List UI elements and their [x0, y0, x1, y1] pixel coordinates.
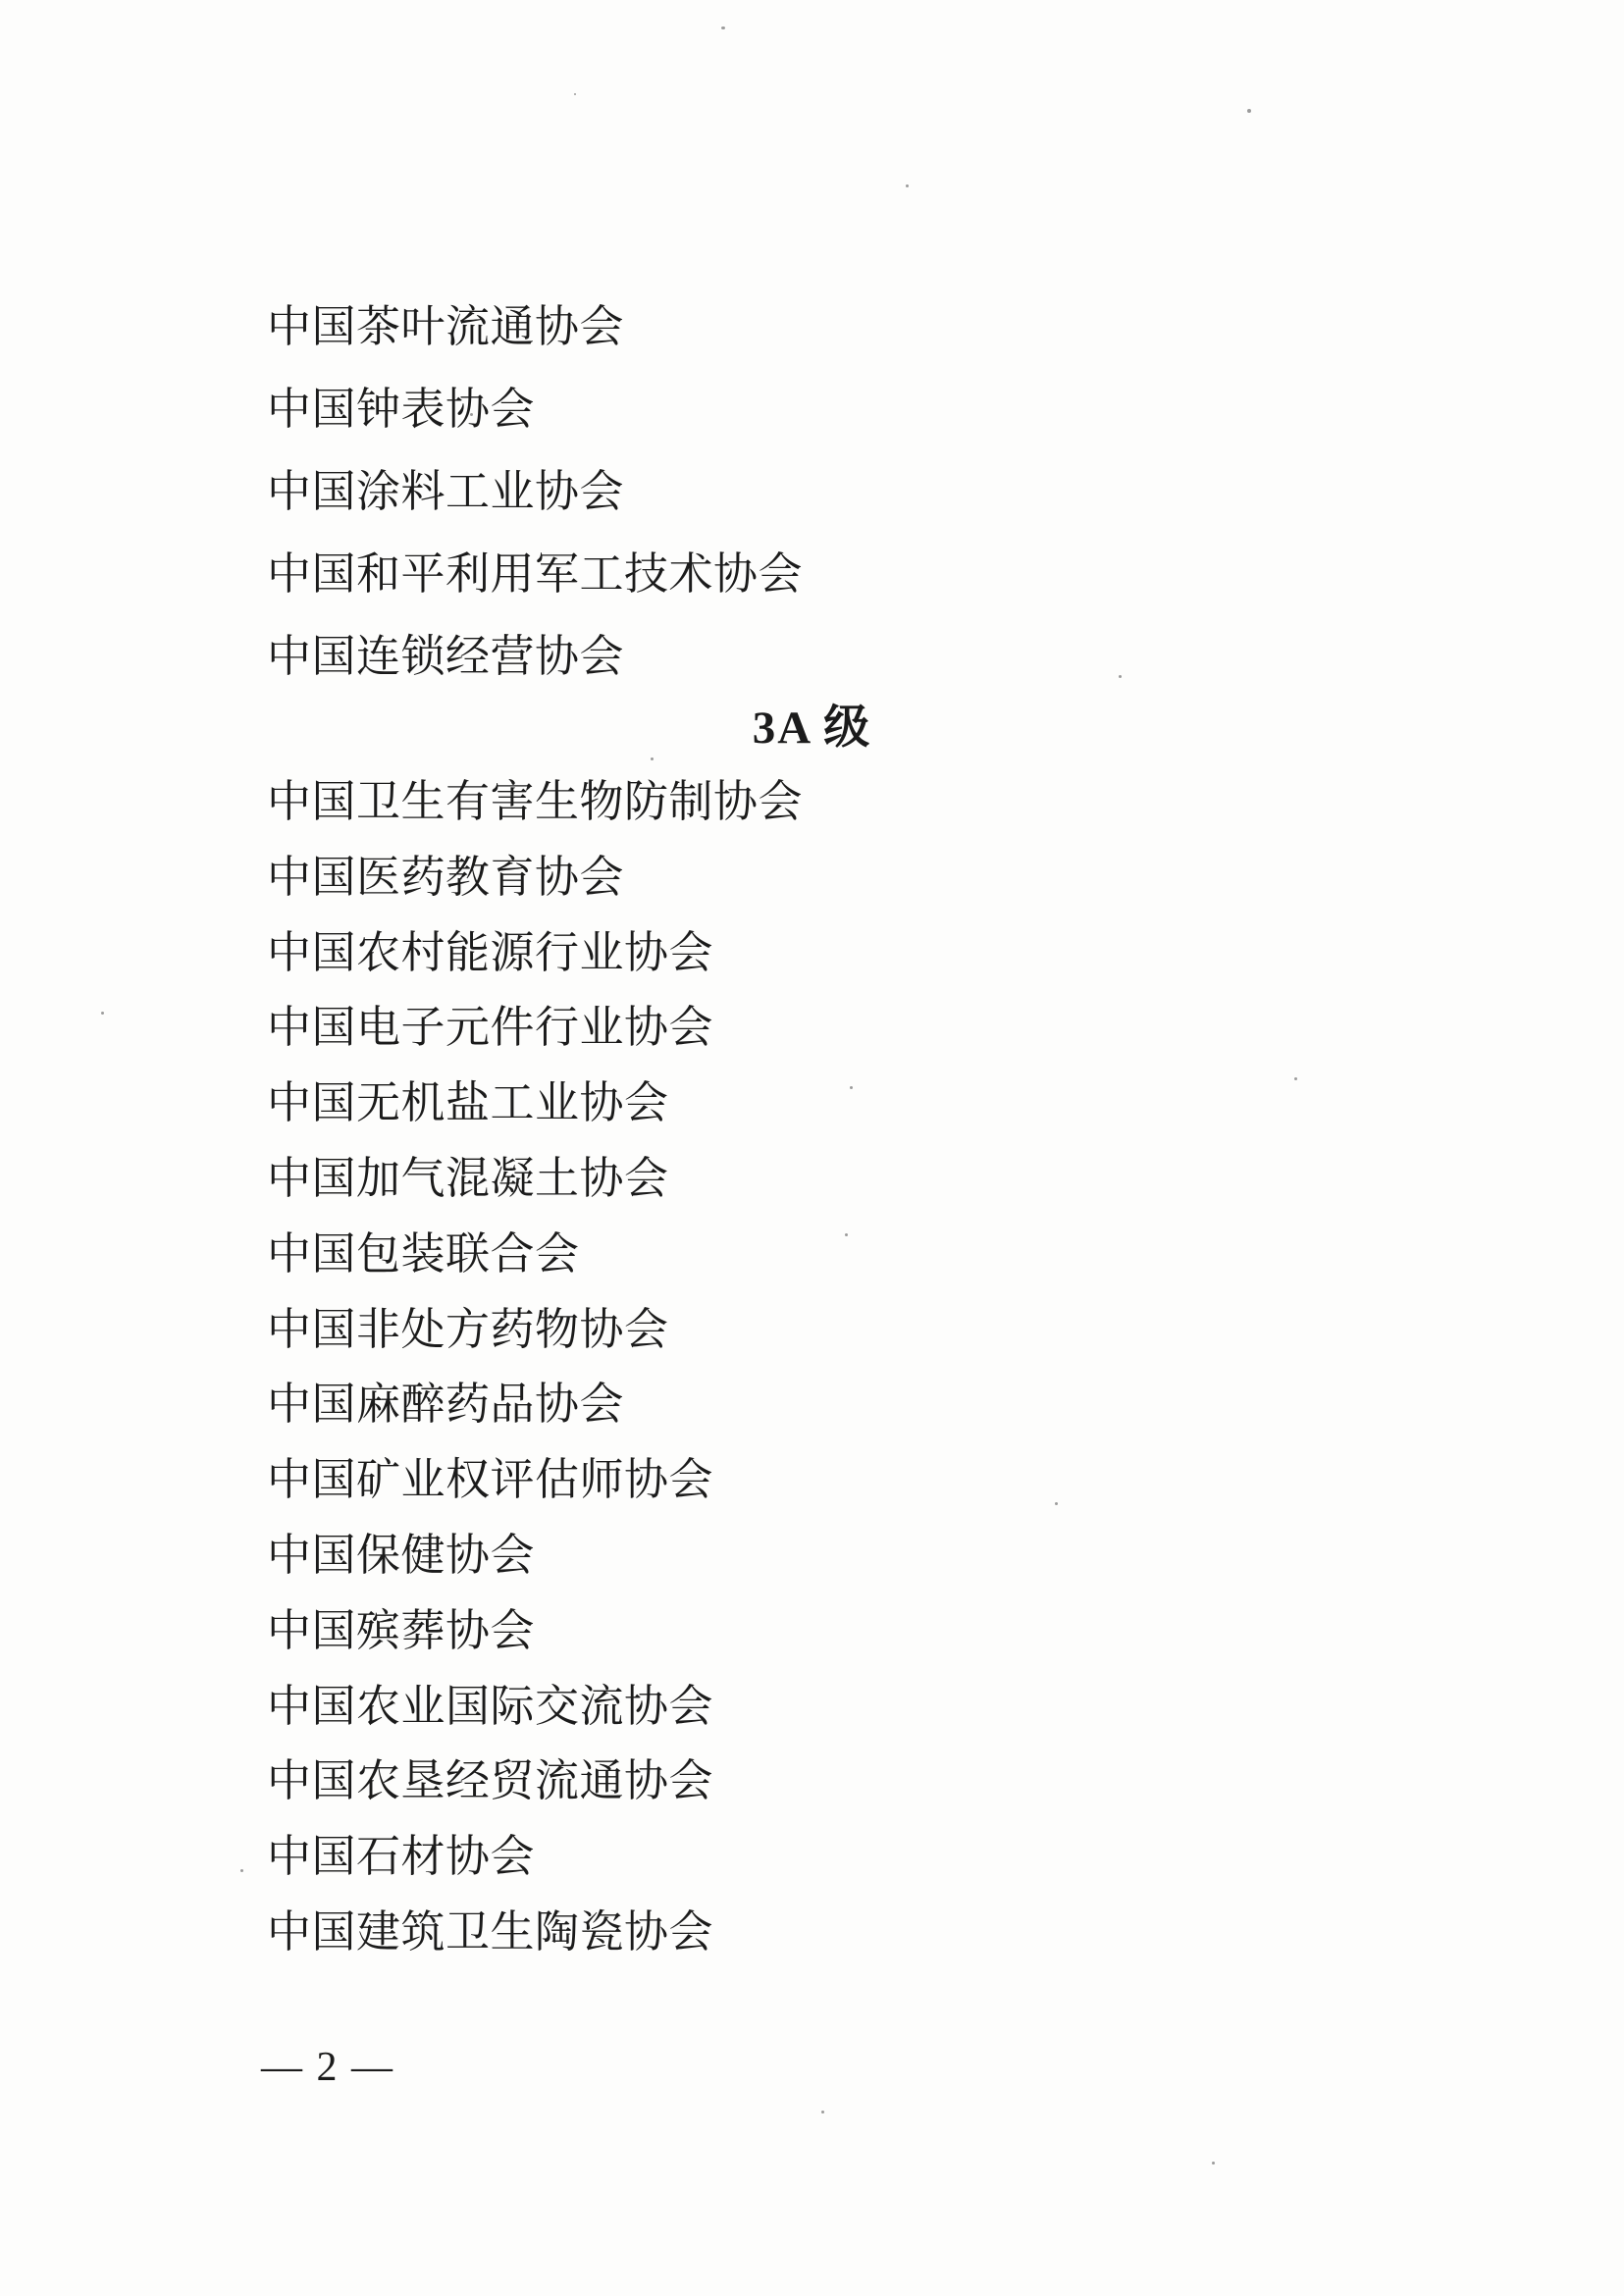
association-list-item: 中国农业国际交流协会: [267, 1669, 803, 1745]
association-list-item: 中国连锁经营协会: [267, 615, 803, 698]
association-list-item: 中国石材协会: [267, 1819, 803, 1895]
grade-heading-3a: 3A 级: [0, 698, 1624, 758]
association-list-item: 中国电子元件行业协会: [267, 990, 803, 1066]
association-list-item: 中国矿业权评估师协会: [267, 1442, 803, 1518]
scan-speck: [845, 1233, 848, 1236]
scan-speck: [651, 757, 654, 760]
grade-3a-association-list: 中国卫生有害生物防制协会 中国医药教育协会 中国农村能源行业协会 中国电子元件行…: [267, 764, 803, 1970]
scan-speck: [1212, 2162, 1215, 2165]
association-list-item: 中国茶叶流通协会: [267, 286, 803, 368]
scan-speck: [1247, 109, 1251, 113]
association-list-item: 中国和平利用军工技术协会: [267, 533, 803, 615]
association-list-item: 中国钟表协会: [267, 368, 803, 450]
scan-speck: [721, 26, 725, 29]
continued-association-list: 中国茶叶流通协会 中国钟表协会 中国涂料工业协会 中国和平利用军工技术协会 中国…: [267, 286, 803, 698]
association-list-item: 中国保健协会: [267, 1518, 803, 1593]
scan-speck: [1119, 675, 1122, 678]
association-list-item: 中国医药教育协会: [267, 840, 803, 915]
scan-speck: [470, 413, 473, 416]
association-list-item: 中国加气混凝土协会: [267, 1141, 803, 1217]
scan-speck: [101, 1012, 104, 1015]
scan-speck: [906, 184, 909, 187]
association-list-item: 中国非处方药物协会: [267, 1292, 803, 1368]
association-list-item: 中国无机盐工业协会: [267, 1066, 803, 1141]
page-number: — 2 —: [261, 2040, 394, 2095]
association-list-item: 中国建筑卫生陶瓷协会: [267, 1895, 803, 1970]
association-list-item: 中国殡葬协会: [267, 1593, 803, 1669]
document-page: 中国茶叶流通协会 中国钟表协会 中国涂料工业协会 中国和平利用军工技术协会 中国…: [0, 0, 1624, 2296]
scan-speck: [574, 93, 576, 95]
association-list-item: 中国麻醉药品协会: [267, 1367, 803, 1442]
association-list-item: 中国卫生有害生物防制协会: [267, 764, 803, 840]
association-list-item: 中国农垦经贸流通协会: [267, 1744, 803, 1819]
association-list-item: 中国涂料工业协会: [267, 450, 803, 533]
scan-speck: [240, 1869, 243, 1872]
scan-speck: [1055, 1502, 1058, 1505]
scan-speck: [850, 1086, 853, 1089]
association-list-item: 中国农村能源行业协会: [267, 915, 803, 991]
scan-speck: [821, 2111, 824, 2113]
association-list-item: 中国包装联合会: [267, 1217, 803, 1292]
scan-speck: [1294, 1077, 1297, 1080]
